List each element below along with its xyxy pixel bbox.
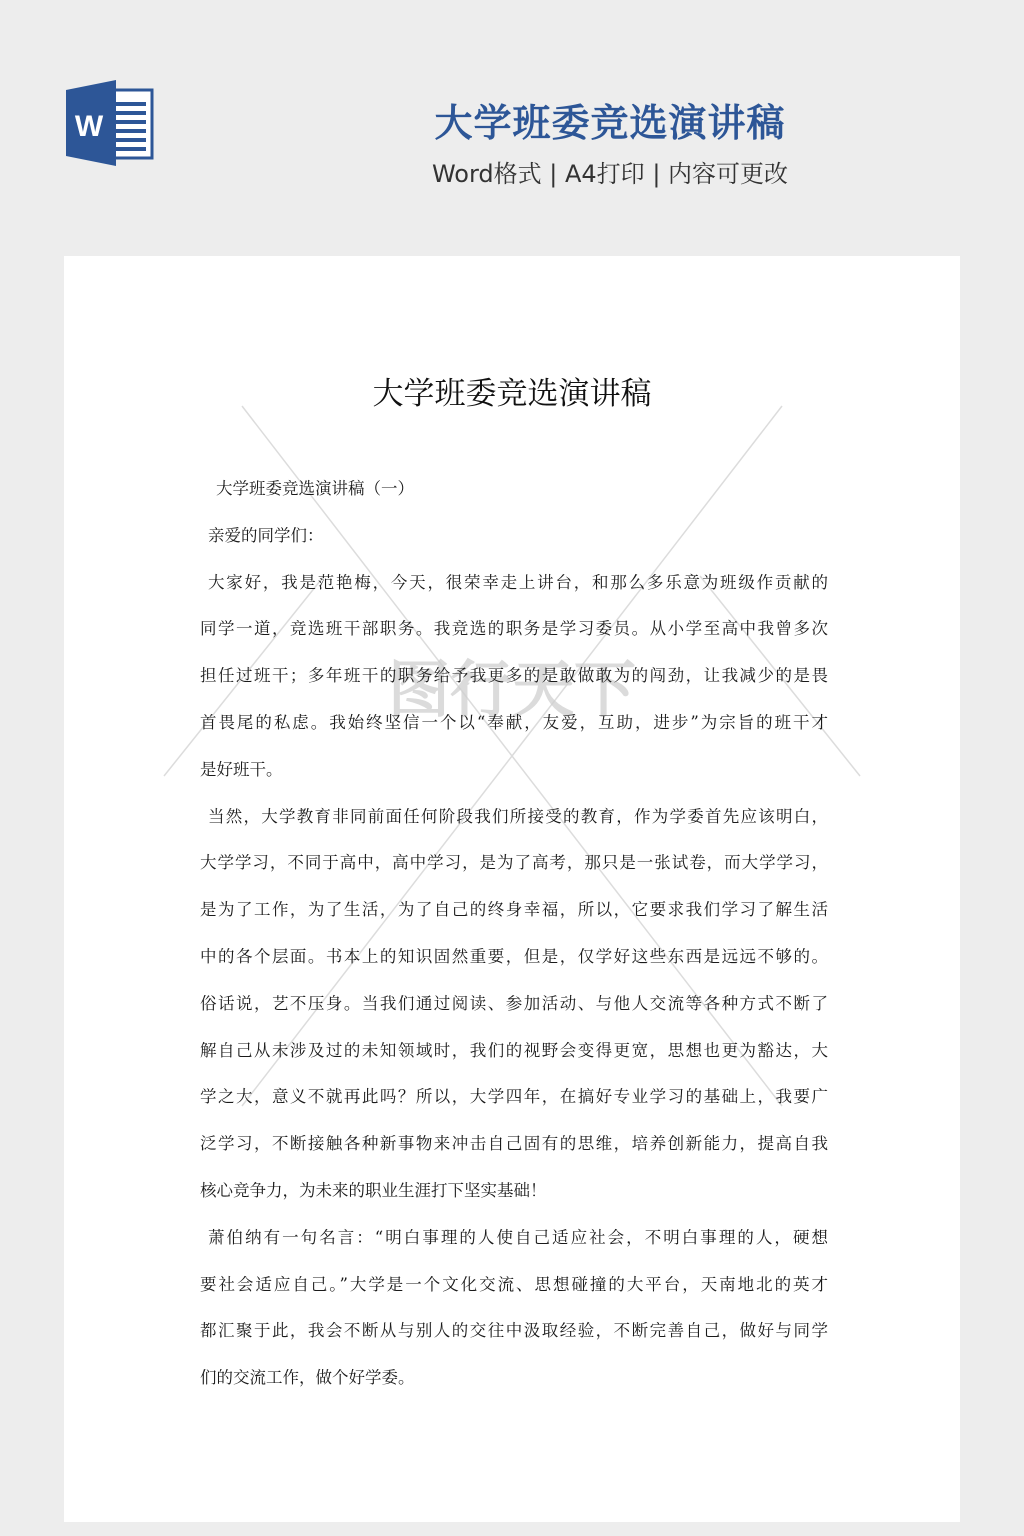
paragraph-line: 学之大，意义不就再此吗？所以，大学四年，在搞好专业学习的基础上，我要广	[200, 1074, 828, 1121]
paragraph-line: 萧伯纳有一句名言：“明白事理的人使自己适应社会，不明白事理的人，硬想	[200, 1215, 828, 1262]
paragraph-line: 中的各个层面。书本上的知识固然重要，但是，仅学好这些东西是远远不够的。	[200, 934, 828, 981]
banner-title: 大学班委竞选演讲稿	[300, 92, 920, 147]
paragraph-line: 核心竞争力，为未来的职业生涯打下坚实基础！	[200, 1168, 828, 1215]
paragraph-line: 是为了工作，为了生活，为了自己的终身幸福，所以，它要求我们学习了解生活	[200, 887, 828, 934]
paragraph-line: 要社会适应自己。”大学是一个文化交流、思想碰撞的大平台，天南地北的英才	[200, 1262, 828, 1309]
paragraph-line: 泛学习，不断接触各种新事物来冲击自己固有的思维，培养创新能力，提高自我	[200, 1121, 828, 1168]
paragraph-line: 大学学习，不同于高中，高中学习，是为了高考，那只是一张试卷，而大学学习，	[200, 840, 828, 887]
paragraph-line: 大家好，我是范艳梅，今天，很荣幸走上讲台，和那么多乐意为班级作贡献的	[200, 560, 828, 607]
banner-header: W 大学班委竞选演讲稿 Word格式 | A4打印 | 内容可更改	[0, 0, 1024, 256]
paragraph-line: 解自己从未涉及过的未知领域时，我们的视野会变得更宽，思想也更为豁达，大	[200, 1028, 828, 1075]
section-heading: 大学班委竞选演讲稿（一）	[200, 466, 828, 513]
salutation: 亲爱的同学们：	[200, 513, 828, 560]
paragraph-line: 担任过班干；多年班干的职务给予我更多的是敢做敢为的闯劲，让我减少的是畏	[200, 653, 828, 700]
paragraph-line: 们的交流工作，做个好学委。	[200, 1355, 828, 1402]
document-body: 大学班委竞选演讲稿（一） 亲爱的同学们： 大家好，我是范艳梅，今天，很荣幸走上讲…	[200, 466, 828, 1402]
document-page: 图行天下 大学班委竞选演讲稿 大学班委竞选演讲稿（一） 亲爱的同学们： 大家好，…	[64, 256, 960, 1522]
paragraph-line: 俗话说，艺不压身。当我们通过阅读、参加活动、与他人交流等各种方式不断了	[200, 981, 828, 1028]
paragraph-line: 都汇聚于此，我会不断从与别人的交往中汲取经验，不断完善自己，做好与同学	[200, 1308, 828, 1355]
banner-subtitle: Word格式 | A4打印 | 内容可更改	[300, 154, 920, 189]
paragraph-line: 是好班干。	[200, 747, 828, 794]
paragraph-line: 同学一道，竞选班干部职务。我竞选的职务是学习委员。从小学至高中我曾多次	[200, 606, 828, 653]
word-document-icon: W	[64, 80, 156, 166]
word-icon-letter: W	[75, 110, 104, 143]
paragraph-line: 当然，大学教育非同前面任何阶段我们所接受的教育，作为学委首先应该明白，	[200, 794, 828, 841]
document-title: 大学班委竞选演讲稿	[64, 368, 960, 413]
paragraph-line: 首畏尾的私虑。我始终坚信一个以“奉献，友爱，互助，进步”为宗旨的班干才	[200, 700, 828, 747]
